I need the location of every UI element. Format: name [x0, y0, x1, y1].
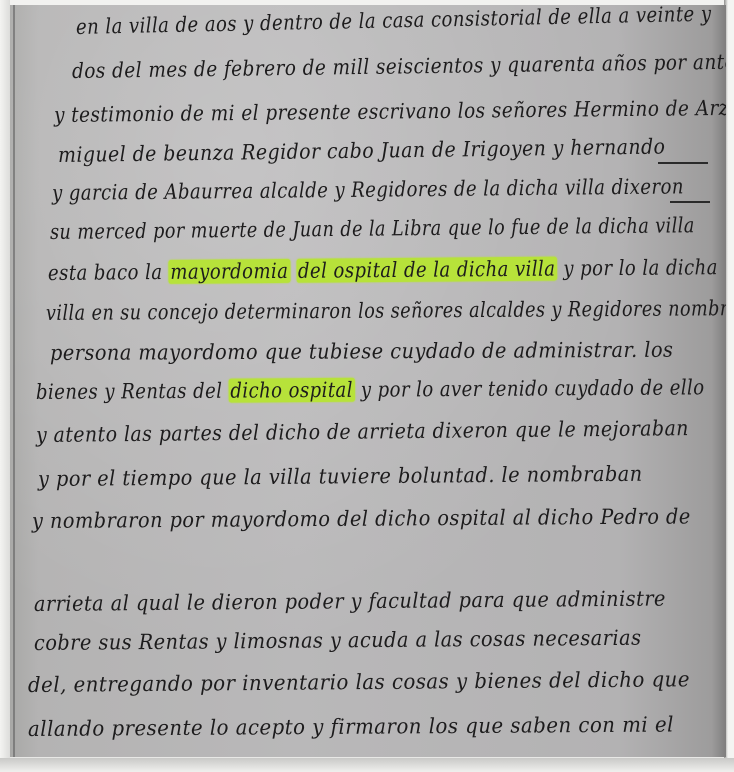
line-fill-dash-4: [658, 162, 708, 164]
manuscript-line-2: dos del mes de febrero de mill seiscient…: [72, 50, 726, 83]
highlight-dicho-ospital: dicho ospital: [229, 378, 355, 403]
manuscript-line-3: y testimonio de mi el presente escrivano…: [54, 95, 726, 127]
manuscript-line-8: villa en su concejo determinaron los señ…: [46, 296, 726, 325]
manuscript-line-12: y por el tiempo que la villa tuviere bol…: [38, 462, 643, 491]
manuscript-line-9: persona mayordomo que tubiese cuydado de…: [50, 338, 674, 365]
line-7-post: y por lo la dicha: [557, 255, 718, 280]
manuscript-line-10: bienes y Rentas del dicho ospital y por …: [36, 375, 705, 404]
manuscript-line-1: en la villa de aos y dentro de la casa c…: [76, 5, 712, 39]
highlight-mayordomia: mayordomia: [169, 259, 291, 284]
manuscript-line-4: miguel de beunza Regidor cabo Juan de Ir…: [58, 135, 666, 167]
scan-border-left: [0, 0, 10, 772]
line-7-pre: esta baco la: [48, 260, 169, 285]
highlight-del-ospital-villa: del ospital de la dicha villa: [296, 257, 557, 283]
manuscript-line-6: su merced por muerte de Juan de la Libra…: [50, 213, 695, 244]
manuscript-line-15: cobre sus Rentas y limosnas y acuda a la…: [34, 626, 642, 655]
line-10-post: y por lo aver tenido cuydado de ello: [355, 375, 705, 401]
manuscript-line-14: arrieta al qual le dieron poder y facult…: [34, 586, 666, 616]
manuscript-page: en la villa de aos y dentro de la casa c…: [10, 5, 726, 757]
page-binding-edge: [13, 5, 15, 757]
line-fill-dash-5: [670, 201, 710, 203]
line-10-pre: bienes y Rentas del: [36, 379, 229, 404]
scan-border-bottom: [0, 758, 734, 772]
manuscript-line-7: esta baco la mayordomia del ospital de l…: [48, 255, 718, 285]
manuscript-line-5: y garcia de Abaurrea alcalde y Regidores…: [52, 174, 684, 205]
manuscript-line-16: del, entregando por inventario las cosas…: [28, 667, 690, 697]
manuscript-line-13: y nombraron por mayordomo del dicho ospi…: [32, 504, 691, 533]
line-7-mid: [290, 259, 296, 283]
manuscript-line-11: y atento las partes del dicho de arrieta…: [36, 416, 689, 447]
manuscript-line-17: allando presente lo acepto y firmaron lo…: [28, 712, 674, 741]
